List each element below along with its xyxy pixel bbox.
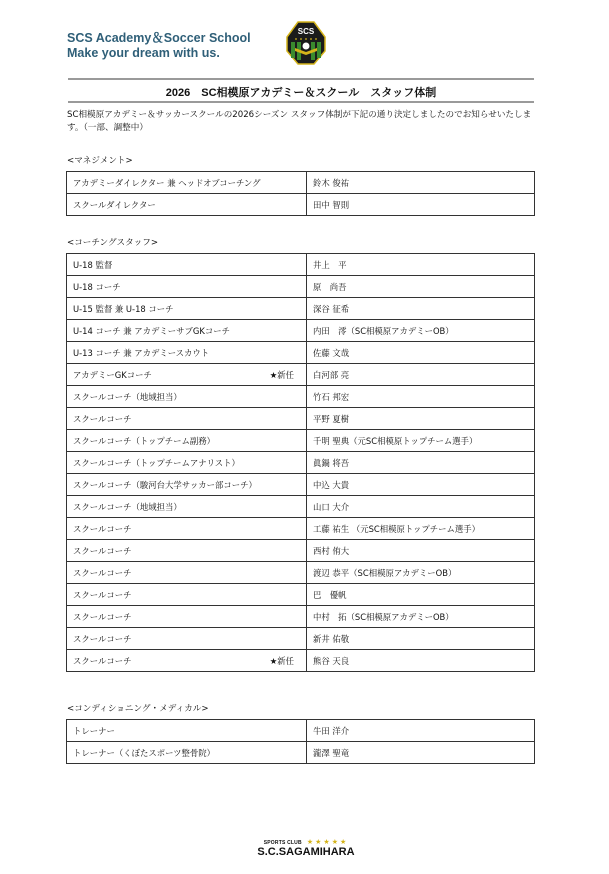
- section-label-management: <マネジメント>: [67, 154, 133, 166]
- new-badge: ★新任: [270, 655, 294, 667]
- table-row: スクールコーチ渡辺 恭平（SC相模原アカデミーOB）: [67, 562, 535, 584]
- name-cell: 中込 大貴: [307, 474, 535, 496]
- table-row: U-13 コーチ 兼 アカデミースカウト佐藤 文哉: [67, 342, 535, 364]
- table-row: スクールコーチ平野 夏樹: [67, 408, 535, 430]
- name-cell: 竹石 邦宏: [307, 386, 535, 408]
- table-row: スクールコーチ中村 拓（SC相模原アカデミーOB）: [67, 606, 535, 628]
- role-cell: アカデミーダイレクター 兼 ヘッドオブコーチング: [67, 172, 307, 194]
- name-cell: 瀧澤 聖竜: [307, 742, 535, 764]
- intro-text: SC相模原アカデミー＆サッカースクールの2026シーズン スタッフ体制が下記の通…: [67, 109, 539, 134]
- role-cell: U-14 コーチ 兼 アカデミーサブGKコーチ: [67, 320, 307, 342]
- role-cell: U-18 監督: [67, 254, 307, 276]
- table-row: スクールコーチ西村 侑大: [67, 540, 535, 562]
- table-row: トレーナー 牛田 洋介: [67, 720, 535, 742]
- role-cell: スクールコーチ（地域担当）: [67, 386, 307, 408]
- coaching-table: U-18 監督井上 平U-18 コーチ原 尚吾U-15 監督 兼 U-18 コー…: [66, 253, 535, 672]
- footer-stars-icon: ★★★★★: [307, 838, 348, 846]
- table-row: アカデミーGKコーチ★新任白河部 亮: [67, 364, 535, 386]
- section-label-coaching: <コーチングスタッフ>: [67, 236, 158, 248]
- table-row: スクールコーチ（トップチーム副務）千明 聖典（元SC相模原トップチーム選手）: [67, 430, 535, 452]
- table-row: スクールコーチ工藤 祐生 （元SC相模原トップチーム選手）: [67, 518, 535, 540]
- name-cell: 牛田 洋介: [307, 720, 535, 742]
- role-cell: スクールコーチ（トップチームアナリスト）: [67, 452, 307, 474]
- name-cell: 千明 聖典（元SC相模原トップチーム選手）: [307, 430, 535, 452]
- role-cell: スクールコーチ: [67, 562, 307, 584]
- role-cell: U-18 コーチ: [67, 276, 307, 298]
- name-cell: 工藤 祐生 （元SC相模原トップチーム選手）: [307, 518, 535, 540]
- table-row: スクールコーチ★新任熊谷 天良: [67, 650, 535, 672]
- name-cell: 原 尚吾: [307, 276, 535, 298]
- sc-sagamihara-logo: SPORTS CLUB ★★★★★ S.C.SAGAMIHARA: [246, 829, 366, 858]
- name-cell: 山口 大介: [307, 496, 535, 518]
- role-cell: スクールダイレクター: [67, 194, 307, 216]
- name-cell: 巴 優帆: [307, 584, 535, 606]
- name-cell: 西村 侑大: [307, 540, 535, 562]
- name-cell: 佐藤 文哉: [307, 342, 535, 364]
- table-row: アカデミーダイレクター 兼 ヘッドオブコーチング 鈴木 俊祐: [67, 172, 535, 194]
- brand-slogan: Make your dream with us.: [67, 46, 251, 61]
- role-cell: スクールコーチ（トップチーム副務）: [67, 430, 307, 452]
- name-cell: 井上 平: [307, 254, 535, 276]
- table-row: U-18 監督井上 平: [67, 254, 535, 276]
- footer-club-name: S.C.SAGAMIHARA: [246, 847, 366, 858]
- name-cell: 中村 拓（SC相模原アカデミーOB）: [307, 606, 535, 628]
- role-cell: スクールコーチ: [67, 518, 307, 540]
- svg-text:SCS: SCS: [298, 27, 315, 36]
- table-row: スクールコーチ（地域担当）山口 大介: [67, 496, 535, 518]
- name-cell: 内田 澪（SC相模原アカデミーOB）: [307, 320, 535, 342]
- brand-name: SCS Academy＆Soccer School: [67, 31, 251, 46]
- page-title: 2026 SC相模原アカデミー＆スクール スタッフ体制: [68, 84, 534, 100]
- new-badge: ★新任: [270, 369, 294, 381]
- scs-emblem-logo: SCS: [286, 21, 326, 65]
- table-row: スクールダイレクター 田中 智則: [67, 194, 535, 216]
- role-cell: トレーナー: [67, 720, 307, 742]
- management-table: アカデミーダイレクター 兼 ヘッドオブコーチング 鈴木 俊祐 スクールダイレクタ…: [66, 171, 535, 216]
- name-cell: 新井 佑敬: [307, 628, 535, 650]
- title-rule-top: [68, 78, 534, 80]
- role-cell: スクールコーチ★新任: [67, 650, 307, 672]
- role-cell: スクールコーチ（地域担当）: [67, 496, 307, 518]
- name-cell: 鈴木 俊祐: [307, 172, 535, 194]
- name-cell: 眞鍋 将吾: [307, 452, 535, 474]
- table-row: スクールコーチ新井 佑敬: [67, 628, 535, 650]
- table-row: スクールコーチ巴 優帆: [67, 584, 535, 606]
- name-cell: 平野 夏樹: [307, 408, 535, 430]
- brand-header: SCS Academy＆Soccer School Make your drea…: [67, 31, 251, 61]
- medical-table: トレーナー 牛田 洋介 トレーナー（くぼたスポーツ整骨院） 瀧澤 聖竜: [66, 719, 535, 764]
- table-row: U-14 コーチ 兼 アカデミーサブGKコーチ内田 澪（SC相模原アカデミーOB…: [67, 320, 535, 342]
- name-cell: 白河部 亮: [307, 364, 535, 386]
- role-cell: U-13 コーチ 兼 アカデミースカウト: [67, 342, 307, 364]
- role-cell: スクールコーチ: [67, 628, 307, 650]
- table-row: U-15 監督 兼 U-18 コーチ深谷 征希: [67, 298, 535, 320]
- name-cell: 田中 智則: [307, 194, 535, 216]
- role-cell: スクールコーチ: [67, 408, 307, 430]
- role-cell: アカデミーGKコーチ★新任: [67, 364, 307, 386]
- table-row: スクールコーチ（地域担当）竹石 邦宏: [67, 386, 535, 408]
- role-cell: スクールコーチ: [67, 606, 307, 628]
- title-rule-bottom: [68, 101, 534, 103]
- table-row: スクールコーチ（トップチームアナリスト）眞鍋 将吾: [67, 452, 535, 474]
- name-cell: 深谷 征希: [307, 298, 535, 320]
- role-cell: スクールコーチ: [67, 584, 307, 606]
- table-row: U-18 コーチ原 尚吾: [67, 276, 535, 298]
- role-cell: U-15 監督 兼 U-18 コーチ: [67, 298, 307, 320]
- name-cell: 熊谷 天良: [307, 650, 535, 672]
- role-cell: スクールコーチ（駿河台大学サッカー部コーチ）: [67, 474, 307, 496]
- table-row: スクールコーチ（駿河台大学サッカー部コーチ）中込 大貴: [67, 474, 535, 496]
- section-label-medical: <コンディショニング・メディカル>: [67, 702, 209, 714]
- role-cell: トレーナー（くぼたスポーツ整骨院）: [67, 742, 307, 764]
- role-cell: スクールコーチ: [67, 540, 307, 562]
- table-row: トレーナー（くぼたスポーツ整骨院） 瀧澤 聖竜: [67, 742, 535, 764]
- name-cell: 渡辺 恭平（SC相模原アカデミーOB）: [307, 562, 535, 584]
